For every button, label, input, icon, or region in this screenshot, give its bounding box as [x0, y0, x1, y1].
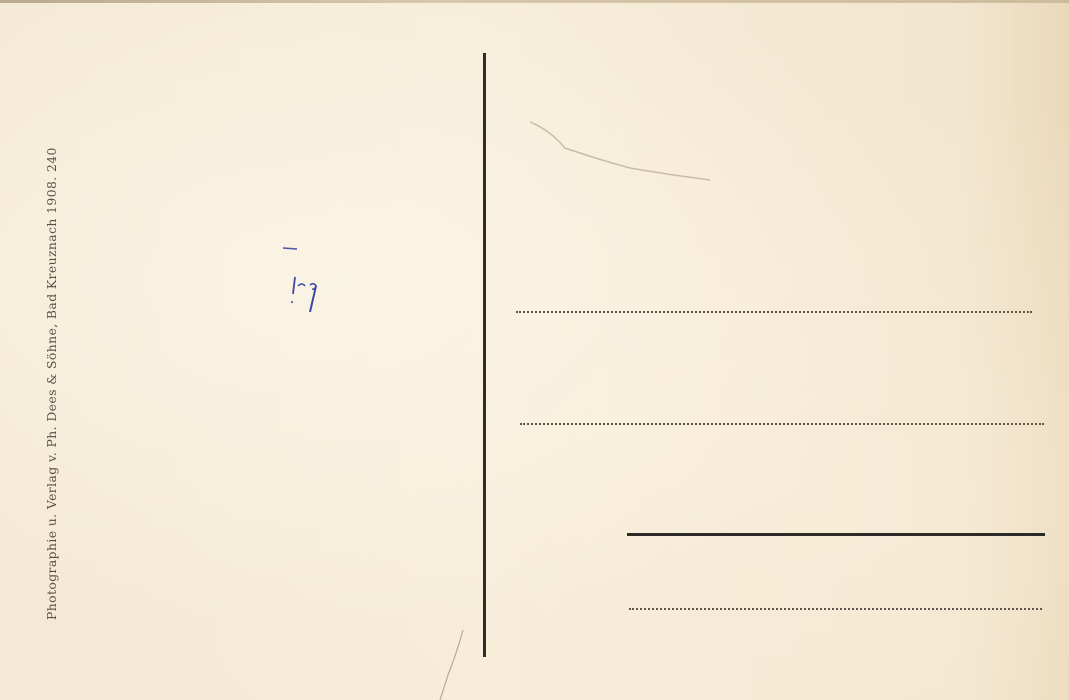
address-line-underline	[627, 533, 1045, 536]
center-divider-line	[483, 53, 486, 657]
publisher-imprint: Photographie u. Verlag v. Ph. Dees & Söh…	[44, 147, 59, 620]
card-top-edge	[0, 0, 1069, 3]
paper-crease	[530, 120, 710, 190]
address-line-1	[516, 311, 1032, 313]
address-line-2	[520, 423, 1044, 425]
postcard-back: Photographie u. Verlag v. Ph. Dees & Söh…	[0, 0, 1069, 700]
handwritten-note-mark	[283, 244, 333, 316]
paper-tear	[438, 630, 478, 700]
address-line-3	[629, 608, 1042, 610]
